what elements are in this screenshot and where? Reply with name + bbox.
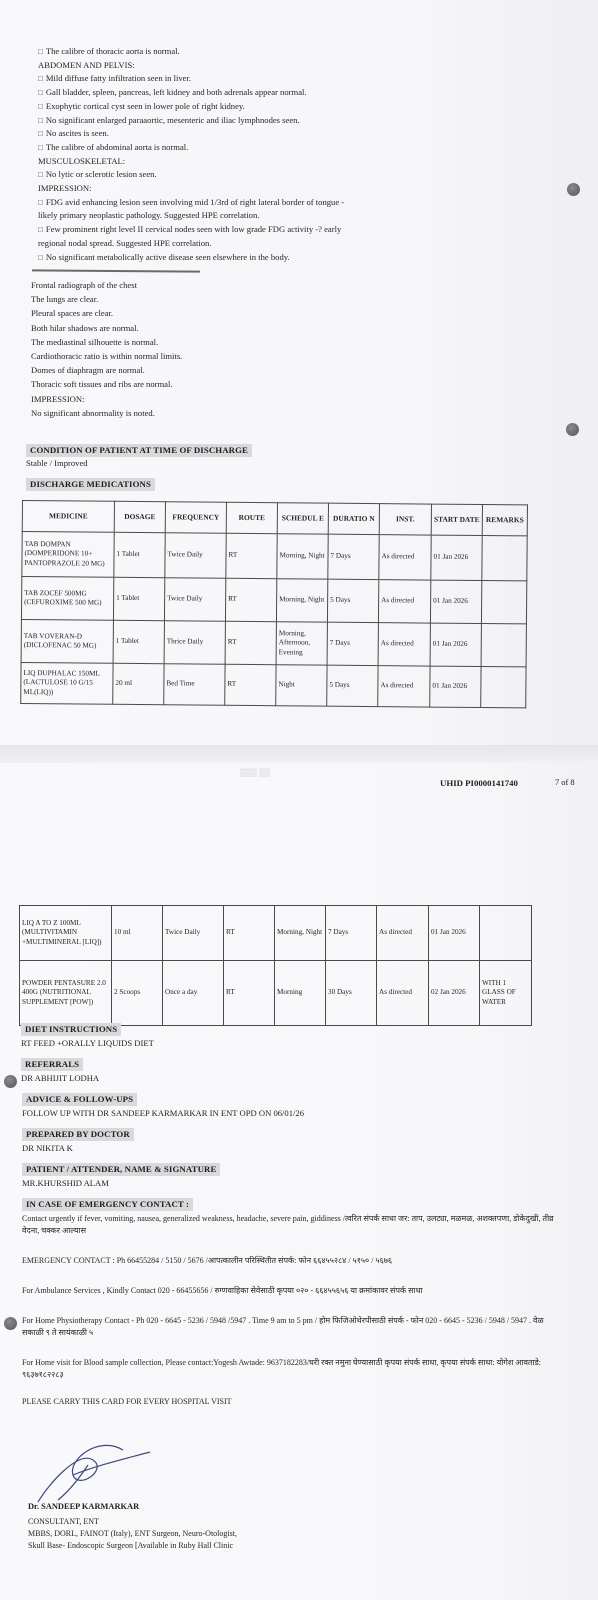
table-cell: As directed [377, 906, 429, 961]
table-cell: Morning, Night [275, 906, 326, 961]
table-cell: RT [224, 906, 275, 961]
column-header: REMARKS [482, 505, 527, 536]
xray-line: Pleural spaces are clear. [31, 308, 113, 319]
blood-sample-contact: For Home visit for Blood sample collecti… [22, 1357, 562, 1381]
diet-value: RT FEED +ORALLY LIQUIDS DIET [21, 1038, 154, 1049]
table-cell: 30 Days [326, 961, 377, 1026]
ambulance-contact: For Ambulance Services , Kindly Contact … [22, 1285, 562, 1297]
finding-line: Mild diffuse fatty infiltration seen in … [38, 73, 191, 84]
table-cell: TAB DOMPAN (DOMPERIDONE 10+ PANTOPRAZOLE… [22, 532, 114, 578]
xray-line: IMPRESSION: [31, 394, 84, 405]
finding-line: The calibre of abdominal aorta is normal… [38, 142, 188, 153]
medication-row: TAB DOMPAN (DOMPERIDONE 10+ PANTOPRAZOLE… [22, 532, 527, 581]
condition-value: Stable / Improved [26, 458, 88, 469]
table-cell: Twice Daily [163, 906, 224, 961]
referrals-heading: REFERRALS [21, 1058, 83, 1071]
medications-heading: DISCHARGE MEDICATIONS [26, 478, 155, 491]
table-cell: 01 Jan 2026 [430, 623, 481, 666]
table-cell: TAB VOVERAN-D (DICLOFENAC 50 MG) [21, 619, 113, 663]
xray-line: Frontal radiograph of the chest [31, 280, 137, 291]
table-cell: Night [276, 665, 327, 706]
emergency-contact: EMERGENCY CONTACT : Ph 66455284 / 5150 /… [22, 1255, 562, 1267]
physiotherapy-contact: For Home Physiotherapy Contact - Ph 020 … [22, 1315, 562, 1339]
table-cell: 7 Days [327, 622, 378, 665]
table-cell: Twice Daily [165, 533, 226, 579]
table-cell: 7 Days [328, 534, 379, 579]
medications-table: MEDICINEDOSAGEFREQUENCYROUTESCHEDUL EDUR… [20, 500, 528, 708]
table-cell: As directed [378, 666, 430, 707]
xray-line: Thoracic soft tissues and ribs are norma… [31, 379, 173, 390]
table-cell: Once a day [163, 961, 224, 1026]
column-header: DURATIO N [328, 503, 379, 534]
table-cell [481, 624, 526, 667]
patient-value: MR.KHURSHID ALAM [22, 1178, 109, 1189]
doctor-name: Dr. SANDEEP KARMARKAR [28, 1502, 139, 1511]
finding-line: Exophytic cortical cyst seen in lower po… [38, 101, 245, 112]
prepared-value: DR NIKITA K [22, 1143, 73, 1154]
table-cell: As directed [377, 961, 429, 1026]
finding-line: The calibre of thoracic aorta is normal. [38, 46, 180, 57]
table-cell: LIQ DUPHALAC 150ML (LACTULOSE 10 G/15 ML… [21, 662, 113, 704]
table-cell: 01 Jan 2026 [430, 580, 481, 623]
finding-line: No significant enlarged paraaortic, mese… [38, 115, 300, 126]
table-cell: RT [225, 664, 276, 705]
uhid: UHID PI0000141740 [440, 778, 518, 788]
table-cell: WITH 1 GLASS OF WATER [480, 961, 532, 1026]
medication-row: TAB ZOCEF 500MG (CEFUROXIME 500 MG)1 Tab… [21, 577, 526, 624]
doctor-signature [28, 1430, 168, 1505]
table-cell: POWDER PENTASURE 2.0 400G (NUTRITIONAL S… [20, 961, 112, 1026]
finding-line: regional nodal spread. Suggested HPE cor… [38, 238, 212, 249]
table-cell: 5 Days [327, 665, 378, 706]
table-cell: RT [224, 961, 275, 1026]
table-cell: As directed [378, 623, 430, 666]
table-cell [480, 906, 532, 961]
table-cell: 01 Jan 2026 [430, 666, 481, 707]
prepared-heading: PREPARED BY DOCTOR [22, 1128, 134, 1141]
advice-value: FOLLOW UP WITH DR SANDEEP KARMARKAR IN E… [22, 1108, 304, 1119]
xray-line: The lungs are clear. [31, 294, 98, 305]
table-cell: 01 Jan 2026 [431, 535, 482, 580]
finding-line: ABDOMEN AND PELVIS: [38, 60, 135, 71]
medication-row: LIQ DUPHALAC 150ML (LACTULOSE 10 G/15 ML… [21, 662, 526, 707]
table-cell: TAB ZOCEF 500MG (CEFUROXIME 500 MG) [21, 577, 113, 621]
table-cell: Twice Daily [164, 578, 225, 622]
xray-line: The mediastinal silhouette is normal. [31, 337, 158, 348]
table-cell: 1 Tablet [113, 577, 164, 620]
punch-hole [4, 1075, 17, 1088]
carry-card-note: PLEASE CARRY THIS CARD FOR EVERY HOSPITA… [22, 1396, 562, 1408]
table-cell: 02 Jan 2026 [429, 961, 480, 1026]
column-header: INST. [379, 504, 431, 535]
table-cell: Bed Time [164, 664, 225, 706]
doctor-qualification-2: Skull Base- Endoscopic Surgeon [Availabl… [28, 1540, 233, 1551]
column-header: FREQUENCY [165, 502, 226, 534]
finding-line: Gall bladder, spleen, pancreas, left kid… [38, 87, 307, 98]
xray-line: Cardiothoracic ratio is within normal li… [31, 351, 182, 362]
table-cell: LIQ A TO Z 100ML (MULTIVITAMIN +MULTIMIN… [20, 906, 112, 961]
finding-line: No ascites is seen. [38, 128, 109, 139]
doctor-qualification-1: MBBS, DORL, FAINOT (Italy), ENT Surgeon,… [28, 1528, 237, 1539]
finding-line: likely primary neoplastic pathology. Sug… [38, 210, 259, 221]
finding-line: No significant metabolically active dise… [38, 252, 290, 263]
table-cell [481, 581, 526, 624]
table-cell: 01 Jan 2026 [429, 906, 480, 961]
table-cell: RT [225, 578, 276, 621]
table-cell: Morning [275, 961, 326, 1026]
finding-line: MUSCULOSKELETAL: [38, 156, 125, 167]
patient-heading: PATIENT / ATTENDER, NAME & SIGNATURE [22, 1163, 220, 1176]
table-cell: 7 Days [326, 906, 377, 961]
xray-line: No significant abnormality is noted. [31, 408, 155, 419]
table-cell: 2 Scoops [112, 961, 163, 1026]
table-cell: RT [226, 533, 277, 578]
xray-line: Both hilar shadows are normal. [31, 323, 139, 334]
punch-hole [566, 423, 579, 436]
table-cell: Morning, Night [276, 579, 327, 622]
table-cell: 1 Tablet [113, 620, 164, 663]
table-cell: 10 ml [112, 906, 163, 961]
table-cell [481, 667, 526, 708]
finding-line: No lytic or sclerotic lesion seen. [38, 169, 157, 180]
medications-table-continued: LIQ A TO Z 100ML (MULTIVITAMIN +MULTIMIN… [19, 905, 532, 1026]
table-cell [482, 536, 527, 581]
table-cell: 1 Tablet [114, 532, 165, 577]
bleed-through-mark: ▒▒▒ ▒▒ [240, 768, 270, 777]
finding-line: IMPRESSION: [38, 183, 91, 194]
table-cell: As directed [378, 580, 430, 623]
table-cell: Morning, Afternoon, Evening [276, 622, 327, 665]
condition-heading: CONDITION OF PATIENT AT TIME OF DISCHARG… [26, 444, 252, 457]
diet-heading: DIET INSTRUCTIONS [21, 1023, 121, 1036]
table-cell: 20 ml [113, 663, 164, 704]
column-header: MEDICINE [22, 501, 114, 533]
emergency-heading: IN CASE OF EMERGENCY CONTACT : [22, 1198, 193, 1211]
referrals-value: DR ABHIJIT LODHA [21, 1073, 99, 1084]
table-cell: Morning, Night [277, 534, 328, 579]
medication-row: LIQ A TO Z 100ML (MULTIVITAMIN +MULTIMIN… [20, 906, 532, 961]
page-number: 7 of 8 [555, 778, 575, 787]
table-cell: 5 Days [327, 579, 378, 622]
emergency-symptoms: Contact urgently if fever, vomiting, nau… [22, 1213, 562, 1237]
table-header-row: MEDICINEDOSAGEFREQUENCYROUTESCHEDUL EDUR… [22, 501, 527, 536]
column-header: SCHEDUL E [277, 503, 328, 534]
xray-line: Domes of diaphragm are normal. [31, 365, 145, 376]
punch-hole [567, 183, 580, 196]
advice-heading: ADVICE & FOLLOW-UPS [22, 1093, 137, 1106]
page-separator [0, 745, 598, 763]
table-cell: As directed [379, 535, 431, 580]
doctor-title: CONSULTANT, ENT [28, 1516, 99, 1527]
column-header: DOSAGE [114, 501, 165, 532]
medication-row: TAB VOVERAN-D (DICLOFENAC 50 MG)1 Tablet… [21, 619, 526, 666]
medication-row: POWDER PENTASURE 2.0 400G (NUTRITIONAL S… [20, 961, 532, 1026]
finding-line: Few prominent right level II cervical no… [38, 224, 341, 235]
punch-hole [4, 1317, 17, 1330]
finding-line: FDG avid enhancing lesion seen involving… [38, 197, 344, 208]
table-cell: RT [225, 621, 276, 664]
column-header: ROUTE [226, 502, 277, 533]
column-header: START DATE [431, 504, 482, 535]
table-cell: Thrice Daily [164, 621, 225, 665]
